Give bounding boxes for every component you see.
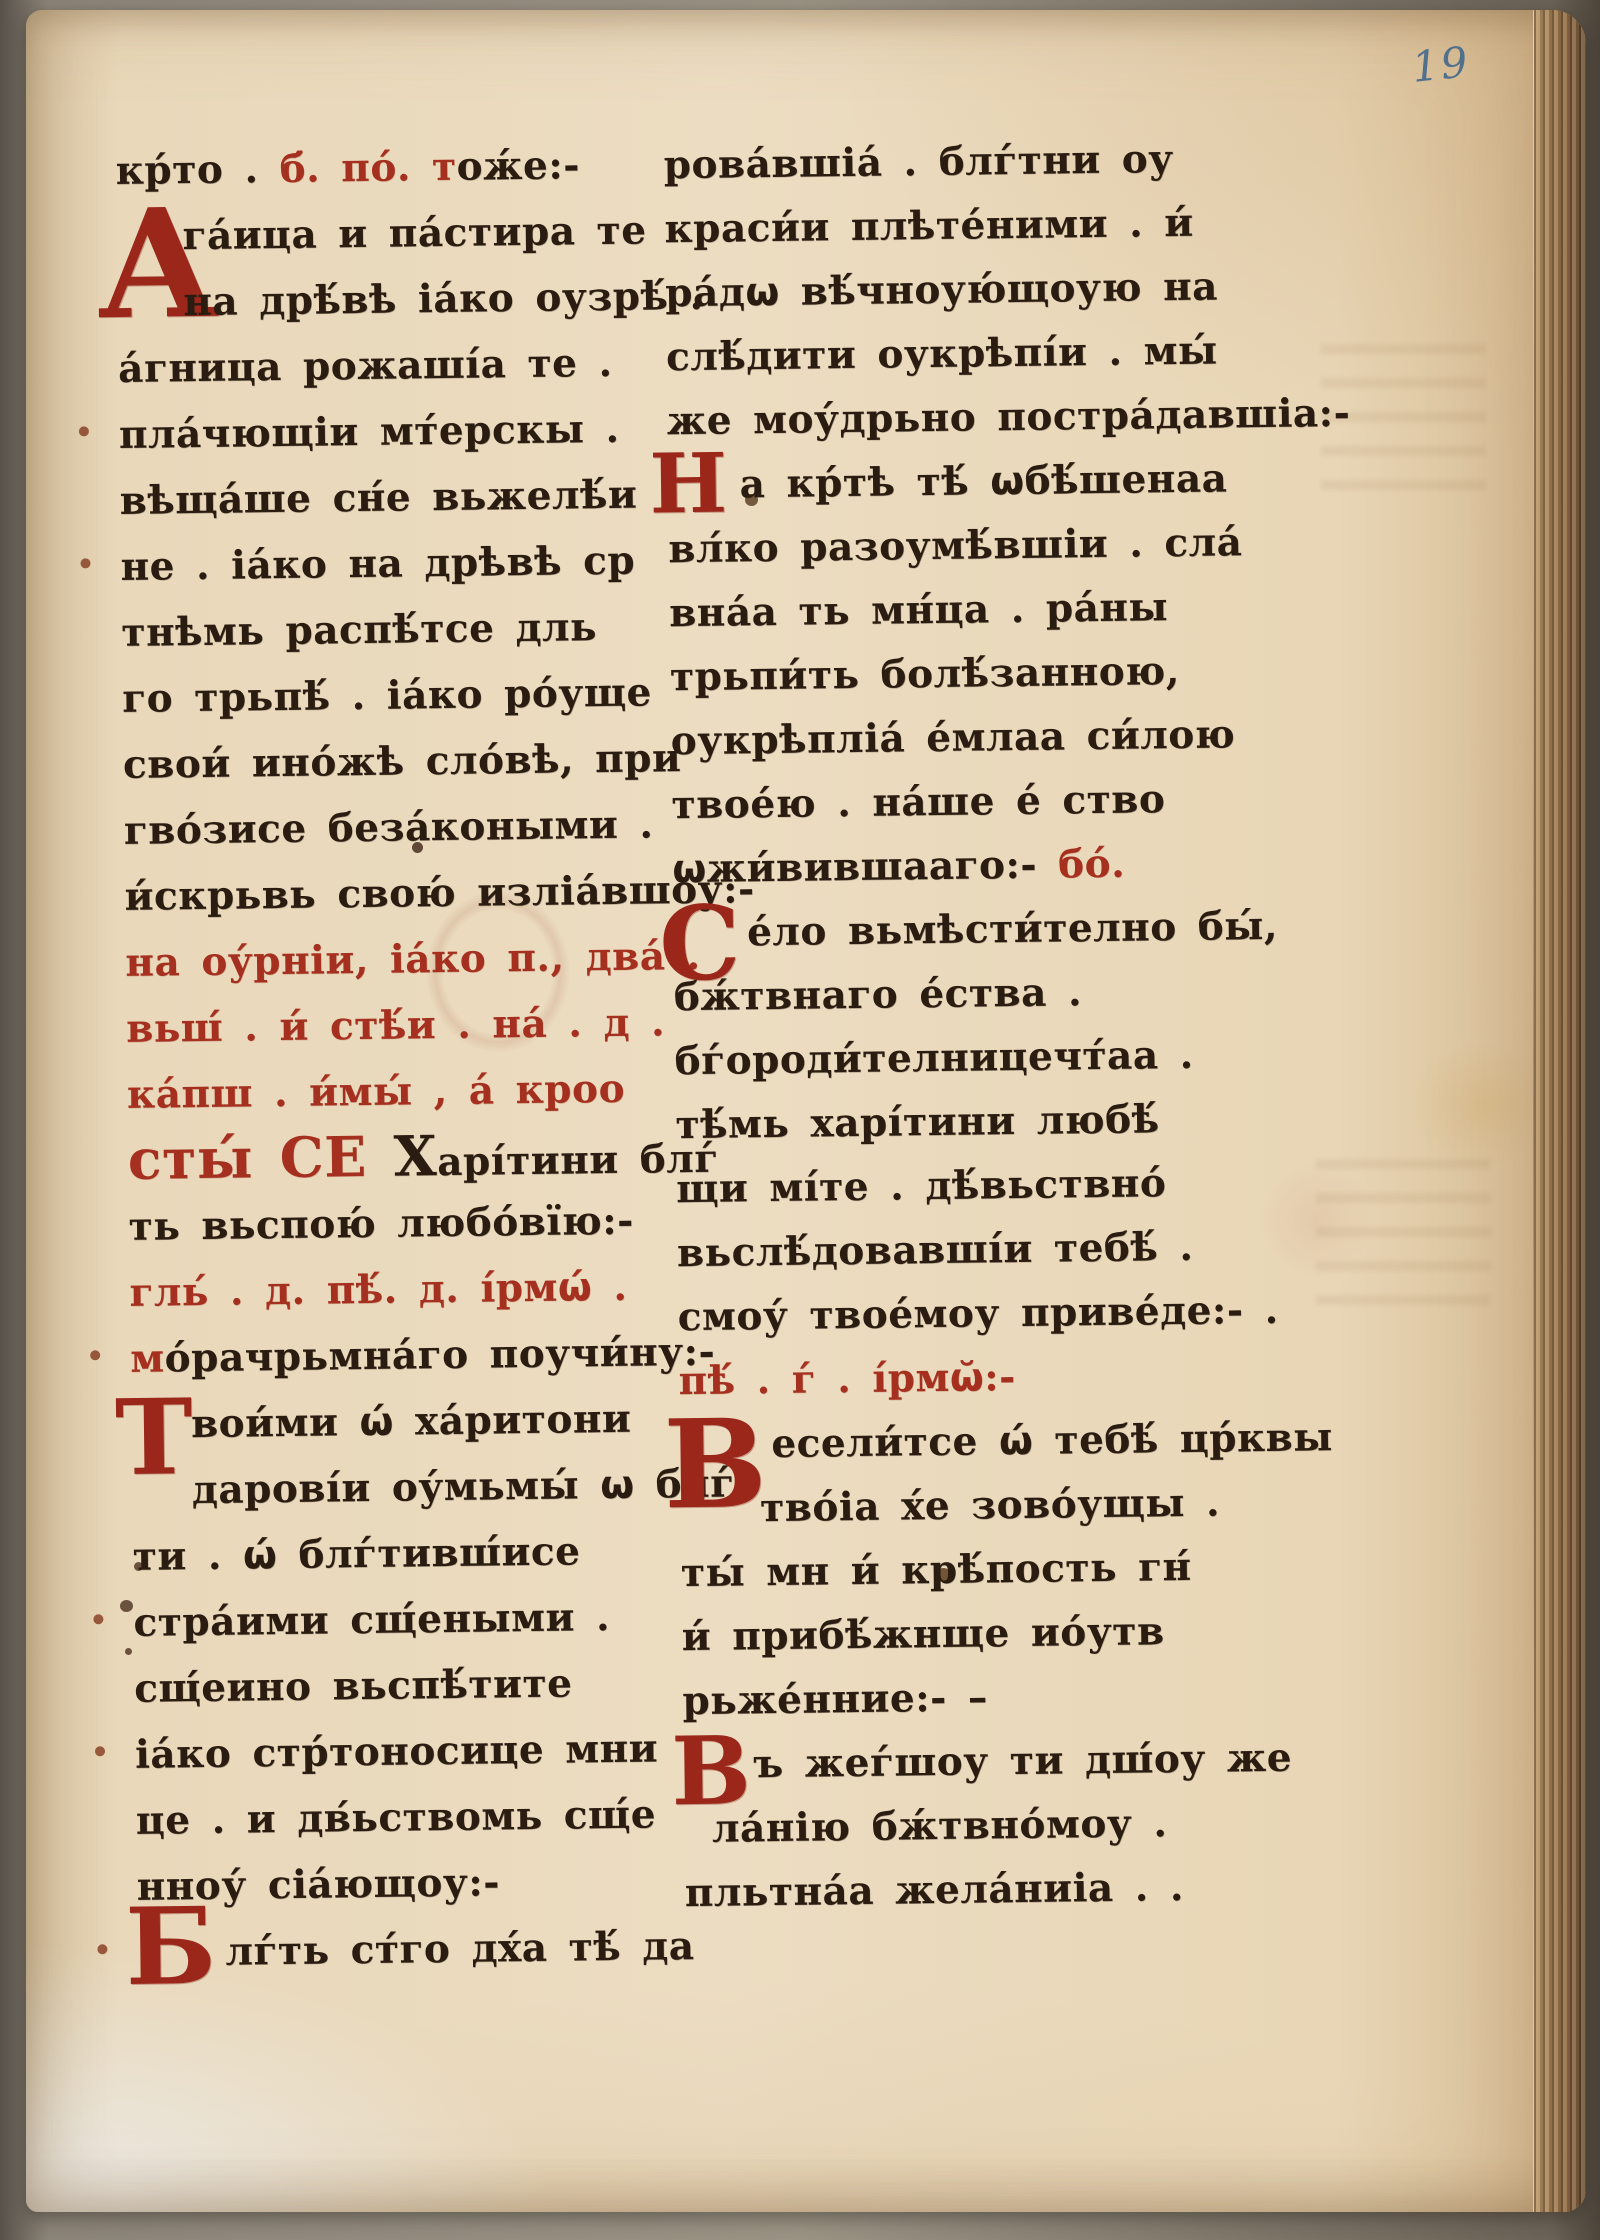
- manuscript-line: трьпи́ть болѣ́занною,: [670, 639, 1371, 712]
- column-right: рова́вшіа́ . блѓтни оукраси́и плѣте́ними…: [663, 127, 1385, 1927]
- manuscript-line: Въ жеѓшоу ти дш́оу же: [683, 1727, 1384, 1800]
- text-segment: твое́ю . на́ше е́ ство: [671, 776, 1165, 828]
- manuscript-line: На кр́тѣ тѣ́ ѡбѣ́шенаа: [667, 447, 1368, 520]
- text-segment: бо́.: [1058, 841, 1126, 888]
- manuscript-line: на оу́рніи, іа́ко п., два́ .: [125, 925, 671, 998]
- manuscript-line: ка́пш . и́мы́ , а́ кроо: [127, 1057, 673, 1130]
- text-segment: га́ица и па́стира те: [182, 207, 647, 259]
- text-segment: бѓороди́телницечт́аа .: [674, 1032, 1194, 1084]
- manuscript-line: на дрѣ́вѣ іа́ко оузрѣ́ .: [117, 265, 663, 338]
- manuscript-line: бѓороди́телницечт́аа .: [674, 1023, 1375, 1096]
- text-segment: гль́ . д. пѣ́. д. і́рмѡ́ .: [129, 1264, 628, 1316]
- manuscript-line: и́скрьвь свою́ изліа́вшоу:-: [124, 859, 670, 932]
- margin-dot: [95, 1746, 105, 1756]
- text-segment: рова́вшіа́ . блѓтни оу: [663, 136, 1174, 188]
- drop-cap: Б: [125, 1893, 217, 2000]
- manuscript-line: пѣ́ . ѓ . і́рмѡ̆:-: [678, 1343, 1379, 1416]
- text-segment: и́ прибѣ́жнще ио́утв: [681, 1608, 1164, 1660]
- text-segment: го трьпѣ́ . іа́ко ро́уще: [122, 669, 652, 721]
- text-segment: пла́чющіи мт́ерскы .: [119, 406, 620, 458]
- manuscript-text: кр́то . б́. по́. тож́е:-Ага́ица и па́сти…: [14, 0, 1600, 2217]
- manuscript-line: рова́вшіа́ . блѓтни оу: [663, 127, 1364, 200]
- manuscript-line: це . и дв́ьствомь сщ́е: [136, 1783, 682, 1856]
- manuscript-line: вьслѣ́довавші́и тебѣ́ .: [677, 1215, 1378, 1288]
- manuscript-line: пла́чющіи мт́ерскы .: [119, 397, 665, 470]
- text-segment: вл́ко разоумѣ́вшіи . сла́: [668, 519, 1243, 572]
- manuscript-line: Ага́ица и па́стира те: [116, 199, 662, 272]
- text-segment: на оу́рніи, іа́ко п., два́ .: [125, 933, 701, 986]
- manuscript-line: ла́нію бж́твно́моу .: [684, 1791, 1385, 1864]
- manuscript-line: ѡжи́вившааго:- бо́.: [672, 831, 1373, 904]
- margin-dot: [79, 426, 89, 436]
- text-segment: дарові́и оу́мьмы́ ѡ блѓ: [192, 1461, 735, 1514]
- margin-dot: [97, 1944, 107, 1954]
- text-segment: не . іа́ко на дрѣвѣ ср: [120, 538, 635, 590]
- text-segment: оукрѣпліа́ е́млаа си́лою: [670, 711, 1235, 764]
- manuscript-line: вѣща́ше сн́е вьжелѣ́и: [119, 463, 665, 536]
- manuscript-line: вл́ко разоумѣ́вшіи . сла́: [668, 511, 1369, 584]
- manuscript-line: пльтна́а жела́ниіа . .: [684, 1855, 1385, 1928]
- text-segment: вна́а ть мн́ца . ра́ны: [669, 584, 1168, 636]
- drop-cap: Н: [649, 443, 728, 526]
- text-segment: а кр́тѣ тѣ́ ѡбѣ́шенаа: [739, 455, 1227, 507]
- text-segment: гво́зисе беза́коными .: [124, 801, 654, 853]
- margin-dot: [90, 1350, 100, 1360]
- text-segment: на дрѣ́вѣ іа́ко оузрѣ́ .: [183, 273, 704, 325]
- text-segment: трьпи́ть болѣ́занною,: [670, 648, 1180, 700]
- manuscript-line: смоу́ твое́моу приве́де:- .: [677, 1279, 1378, 1352]
- manuscript-line: а́гница рожаші́а те .: [118, 331, 664, 404]
- manuscript-line: рьже́нние:- –: [682, 1663, 1383, 1736]
- text-segment: бж́твнаго е́ства .: [674, 969, 1083, 1020]
- text-segment: пльтна́а жела́ниіа . .: [685, 1864, 1185, 1916]
- text-segment: ъ жеѓшоу ти дш́оу же: [753, 1735, 1292, 1788]
- text-segment: ка́пш . и́мы́ , а́ кроо: [127, 1066, 626, 1118]
- text-segment: вьш́ . и́ стѣ́и . на́ . д .: [126, 999, 665, 1052]
- manuscript-line: слѣ́дити оукрѣпі́и . мы́: [666, 319, 1367, 392]
- manuscript-line: вьш́ . и́ стѣ́и . на́ . д .: [126, 991, 672, 1064]
- text-segment: о́рачрьмна́го поучи́ну:-: [164, 1329, 715, 1382]
- text-segment: ть вьспою́ любо́вїю:-: [128, 1198, 634, 1250]
- text-segment: ти . ѡ́ блѓтивш́исе: [132, 1528, 580, 1579]
- manuscript-line: твое́ю . на́ше е́ ство: [671, 767, 1372, 840]
- text-segment: же моу́дрьно постра́давшіа:-: [667, 390, 1351, 444]
- manuscript-line: сты́ СЕ Харі́тини блѓ: [127, 1123, 673, 1196]
- text-segment: ты́ мн и́ крѣ́пость гн́: [681, 1544, 1192, 1596]
- text-segment: тнѣмь распѣ́тсе дль: [121, 604, 597, 656]
- manuscript-line: щи мі́те . дѣ́вьствно́: [676, 1151, 1377, 1224]
- text-segment: ла́нію бж́твно́моу .: [712, 1800, 1168, 1852]
- manuscript-line: тнѣмь распѣ́тсе дль: [121, 595, 667, 668]
- text-segment: вѣща́ше сн́е вьжелѣ́и: [119, 472, 637, 524]
- text-segment: есели́тсе ѡ́ тебѣ́ цр́квы: [771, 1414, 1333, 1467]
- manuscript-line: вна́а ть мн́ца . ра́ны: [669, 575, 1370, 648]
- manuscript-line: Твои́ми ѡ́ ха́ритони: [131, 1387, 677, 1460]
- manuscript-line: ти . ѡ́ блѓтивш́исе: [132, 1519, 678, 1592]
- manuscript-line: Блѓть ст́го дх́а тѣ́ да: [137, 1915, 683, 1988]
- manuscript-line: дарові́и оу́мьмы́ ѡ блѓ: [131, 1453, 677, 1526]
- manuscript-line: свои́ ино́жѣ сло́вѣ, при: [123, 727, 669, 800]
- manuscript-line: не . іа́ко на дрѣвѣ ср: [120, 529, 666, 602]
- text-segment: ож́е:-: [456, 142, 580, 190]
- text-segment: свои́ ино́жѣ сло́вѣ, при: [123, 735, 682, 788]
- manuscript-line: оукрѣпліа́ е́млаа си́лою: [670, 703, 1371, 776]
- text-segment: щи мі́те . дѣ́вьствно́: [676, 1160, 1167, 1212]
- margin-dot: [93, 1614, 103, 1624]
- margin-dot: [80, 558, 90, 568]
- manuscript-line: тѣ́мь харі́тини любѣ́: [675, 1087, 1376, 1160]
- text-segment: Х: [393, 1124, 437, 1190]
- text-segment: вои́ми ѡ́ ха́ритони: [191, 1396, 632, 1447]
- manuscript-line: Се́ло вьмѣсти́телно бы́,: [673, 895, 1374, 968]
- text-segment: тѣ́мь харі́тини любѣ́: [675, 1096, 1160, 1148]
- manuscript-line: ть вьспою́ любо́вїю:-: [128, 1189, 674, 1262]
- text-segment: стра́ими сщ́еными .: [133, 1594, 610, 1646]
- manuscript-line: бж́твнаго е́ства .: [673, 959, 1374, 1032]
- text-segment: смоу́ твое́моу приве́де:- .: [677, 1287, 1278, 1340]
- text-segment: е́ло вьмѣсти́телно бы́,: [747, 903, 1278, 955]
- text-segment: лѓть ст́го дх́а тѣ́ да: [225, 1923, 695, 1975]
- text-segment: слѣ́дити оукрѣпі́и . мы́: [666, 328, 1218, 381]
- text-segment: це . и дв́ьствомь сщ́е: [136, 1791, 657, 1843]
- manuscript-line: и́ прибѣ́жнще ио́утв: [681, 1599, 1382, 1672]
- manuscript-line: нноу́ сіа́ющоу:-: [136, 1849, 682, 1922]
- text-segment: сты́ СЕ: [127, 1125, 394, 1193]
- manuscript-page: 19 кр́то . б́. по́. тож́е:-Ага́ица и па́…: [26, 10, 1586, 2212]
- manuscript-line: сщ́еино вьспѣ́тите: [134, 1651, 680, 1724]
- text-segment: іа́ко стр́тоносице мни: [135, 1725, 659, 1777]
- manuscript-line: ты́ мн и́ крѣ́пость гн́: [681, 1535, 1382, 1608]
- text-segment: краси́и плѣте́ними . и́: [664, 200, 1194, 252]
- text-segment: ра́дѡ вѣ́чноую́щоую на: [665, 264, 1218, 317]
- manuscript-line: іа́ко стр́тоносице мни: [135, 1717, 681, 1790]
- book-page-edges: [1534, 10, 1586, 2212]
- manuscript-line: ра́дѡ вѣ́чноую́щоую на: [665, 255, 1366, 328]
- manuscript-line: стра́ими сщ́еными .: [133, 1585, 679, 1658]
- manuscript-line: же моу́дрьно постра́давшіа:-: [666, 383, 1367, 456]
- manuscript-line: мо́рачрьмна́го поучи́ну:-: [130, 1321, 676, 1394]
- text-segment: тво́іа х́е зово́ущы .: [760, 1480, 1221, 1532]
- photo-backdrop: { "page": {"number": "19"}, "colors": { …: [0, 0, 1600, 2240]
- text-segment: вьслѣ́довавші́и тебѣ́ .: [677, 1224, 1194, 1276]
- manuscript-line: Весели́тсе ѡ́ тебѣ́ цр́квы: [679, 1407, 1380, 1480]
- text-segment: б́. по́. т: [279, 144, 457, 192]
- text-segment: а́гница рожаші́а те .: [118, 340, 613, 392]
- manuscript-line: гль́ . д. пѣ́. д. і́рмѡ́ .: [129, 1255, 675, 1328]
- manuscript-line: тво́іа х́е зово́ущы .: [680, 1471, 1381, 1544]
- manuscript-line: го трьпѣ́ . іа́ко ро́уще: [122, 661, 668, 734]
- manuscript-line: гво́зисе беза́коными .: [123, 793, 669, 866]
- text-segment: сщ́еино вьспѣ́тите: [134, 1661, 573, 1712]
- manuscript-line: краси́и плѣте́ними . и́: [664, 191, 1365, 264]
- column-left: кр́то . б́. по́. тож́е:-Ага́ица и па́сти…: [115, 133, 683, 1988]
